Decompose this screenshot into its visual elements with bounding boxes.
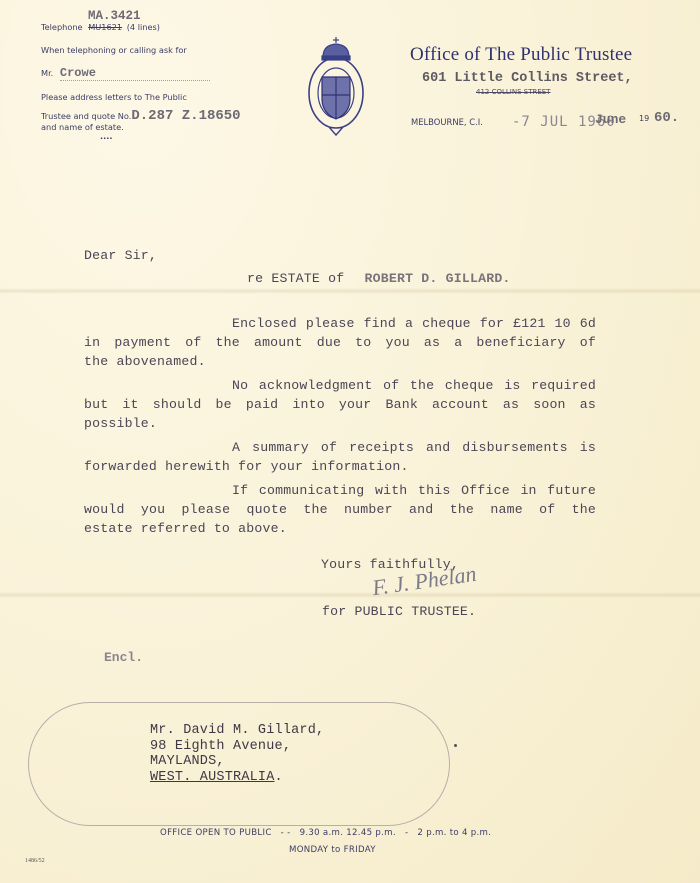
re-estate-line: re ESTATE of ROBERT D. GILLARD.: [247, 271, 511, 286]
reference-number: D.287 Z.18650: [131, 108, 240, 124]
paragraph-4-line-2: would you please quote the number and th…: [84, 500, 596, 519]
recipient-suburb: MAYLANDS,: [150, 754, 324, 770]
paragraph-3-line-2: forwarded herewith for your information.: [84, 457, 596, 476]
ask-for-prefix: Mr.: [41, 68, 53, 78]
re-estate-label: re ESTATE of: [247, 271, 344, 286]
recipient-state-line: WEST. AUSTRALIA.: [150, 770, 324, 786]
date-year: 60.: [654, 110, 679, 126]
office-title: Office of The Public Trustee: [410, 44, 632, 66]
paragraph-1-line-1: Enclosed please find a cheque for £121 1…: [84, 314, 596, 333]
telephone-new-value: MA.3421: [88, 9, 141, 23]
recipient-state-period: .: [275, 770, 283, 785]
office-days: MONDAY to FRIDAY: [289, 845, 376, 855]
telephone-line: Telephone MU1621 (4 lines): [41, 22, 160, 32]
street-address-old: 412 COLLINS STREET: [476, 88, 550, 96]
paragraph-1: Enclosed please find a cheque for £121 1…: [84, 314, 596, 371]
paragraph-4-line-3: estate referred to above.: [84, 519, 596, 538]
telephone-label: Telephone: [41, 22, 83, 32]
address-instruction-1: Please address letters to The Public: [41, 92, 187, 102]
city: MELBOURNE, C.I.: [411, 117, 483, 127]
public-trustees-office-crest-icon: [305, 35, 367, 137]
office-hours-label: OFFICE OPEN TO PUBLIC: [160, 828, 272, 838]
ask-for-line: Mr. Crowe: [41, 66, 219, 81]
recipient-address: Mr. David M. Gillard, 98 Eighth Avenue, …: [150, 723, 324, 785]
office-hours-separator: - -: [281, 828, 291, 838]
office-hours: OFFICE OPEN TO PUBLIC - - 9.30 a.m. 12.4…: [160, 828, 491, 838]
paragraph-4-line-1: If communicating with this Office in fut…: [84, 481, 596, 500]
paragraph-3-line-1: A summary of receipts and disbursements …: [84, 438, 596, 457]
dot-mark: [454, 744, 457, 747]
recipient-name: Mr. David M. Gillard,: [150, 723, 324, 739]
ask-for-field: Crowe: [60, 66, 210, 81]
telephone-old-value: MU1621: [88, 22, 122, 32]
date-month: June: [595, 112, 626, 127]
quote-label: Trustee and quote No.: [41, 111, 131, 121]
office-hours-separator-2: -: [405, 828, 408, 838]
paragraph-2: No acknowledgment of the cheque is requi…: [84, 376, 596, 433]
dots: ....: [100, 131, 112, 141]
ask-for-name: Crowe: [60, 66, 96, 80]
paragraph-2-line-1: No acknowledgment of the cheque is requi…: [84, 376, 596, 395]
paragraph-4: If communicating with this Office in fut…: [84, 481, 596, 538]
signatory: for PUBLIC TRUSTEE.: [322, 604, 476, 619]
paragraph-2-line-2: but it should be paid into your Bank acc…: [84, 395, 596, 414]
ask-for-label: When telephoning or calling ask for: [41, 45, 187, 55]
paragraph-2-line-3: possible.: [84, 414, 596, 433]
enclosure-note: Encl.: [104, 650, 143, 665]
street-address-new: 601 Little Collins Street,: [422, 71, 633, 86]
form-number: 1486/52: [25, 858, 45, 864]
salutation: Dear Sir,: [84, 248, 157, 263]
date-century: 19: [639, 114, 649, 123]
telephone-lines: (4 lines): [127, 22, 160, 32]
estate-name: ROBERT D. GILLARD.: [365, 271, 511, 286]
office-hours-morning: 9.30 a.m. 12.45 p.m.: [300, 828, 396, 838]
paragraph-3: A summary of receipts and disbursements …: [84, 438, 596, 476]
paragraph-1-line-3: the abovenamed.: [84, 352, 596, 371]
recipient-street: 98 Eighth Avenue,: [150, 739, 324, 755]
office-hours-afternoon: 2 p.m. to 4 p.m.: [417, 828, 491, 838]
paragraph-1-line-2: in payment of the amount due to you as a…: [84, 333, 596, 352]
recipient-state: WEST. AUSTRALIA: [150, 770, 275, 785]
